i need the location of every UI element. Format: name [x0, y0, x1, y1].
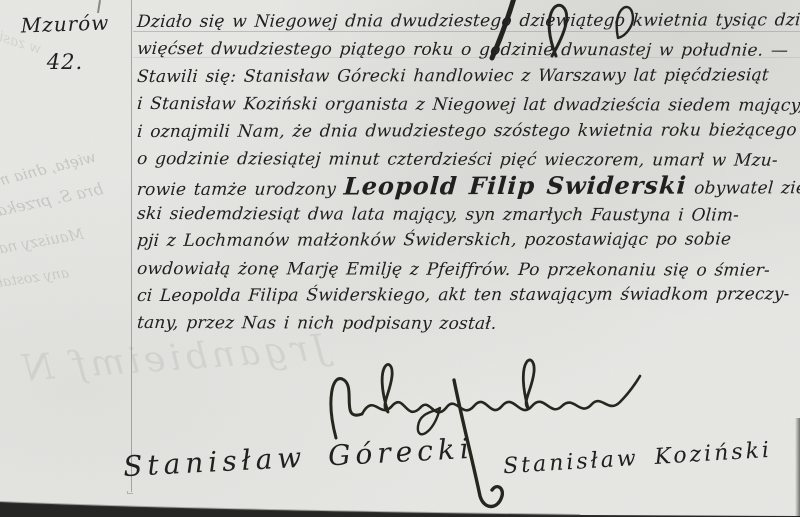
record-line: więćset dwudziestego piątego roku o godz…: [136, 36, 800, 65]
page-edge-shadow-bottom: [0, 495, 800, 517]
record-line: i oznajmili Nam, że dnia dwudziestego sz…: [136, 117, 800, 146]
record-line-with-deceased-name: rowie tamże urodzony Leopold Filip Swide…: [136, 172, 800, 201]
record-line: ski siedemdziesiąt dwa lata mający, syn …: [136, 201, 800, 230]
record-line: i Stanisław Koziński organista z Niegowe…: [136, 91, 800, 120]
record-body-text: Działo się w Niegowej dnia dwudziestego …: [137, 9, 799, 338]
bleedthrough-fragment: więta, dnia m: [0, 148, 98, 190]
record-line: Stawili się: Stanisław Górecki handlowie…: [136, 62, 800, 91]
record-line: owdowiałą żonę Marję Emilję z Pfeiffrów.…: [136, 256, 800, 285]
deceased-name: Leopold Filip Swiderski: [343, 171, 688, 201]
record-number: 42.: [6, 50, 124, 74]
record-line-post: obywatel ziem-: [686, 179, 800, 199]
record-line: tany, przez Nas i nich podpisany został.: [136, 310, 800, 339]
record-line: Działo się w Niegowej dnia dwudziestego …: [136, 7, 800, 36]
record-line: ci Leopolda Filipa Świderskiego, akt ten…: [136, 281, 800, 310]
bleedthrough-fragment: bra S. przeka: [0, 179, 105, 220]
bleedthrough-fragment: any został: [0, 265, 70, 291]
scanned-death-record-page: w zasię więta, dnia m bra S. przeka Maui…: [0, 0, 800, 517]
bleedthrough-fragment: Mauiszy na: [0, 225, 85, 258]
margin-rule-line: [131, 0, 132, 492]
record-line-pre: rowie tamże urodzony: [136, 180, 344, 201]
margin-annotation: Mzurów 42.: [6, 12, 124, 74]
priest-signature-flourish: [322, 350, 648, 516]
page-edge-shadow-right: [795, 418, 800, 517]
witness-signature-gorecki: Stanisław Górecki: [122, 432, 474, 483]
record-place-name: Mzurów: [6, 10, 125, 38]
record-line: pji z Lochmanów małżonków Świderskich, p…: [136, 226, 800, 255]
witness-signature-kozinski: Stanisław Koziński: [502, 438, 772, 479]
